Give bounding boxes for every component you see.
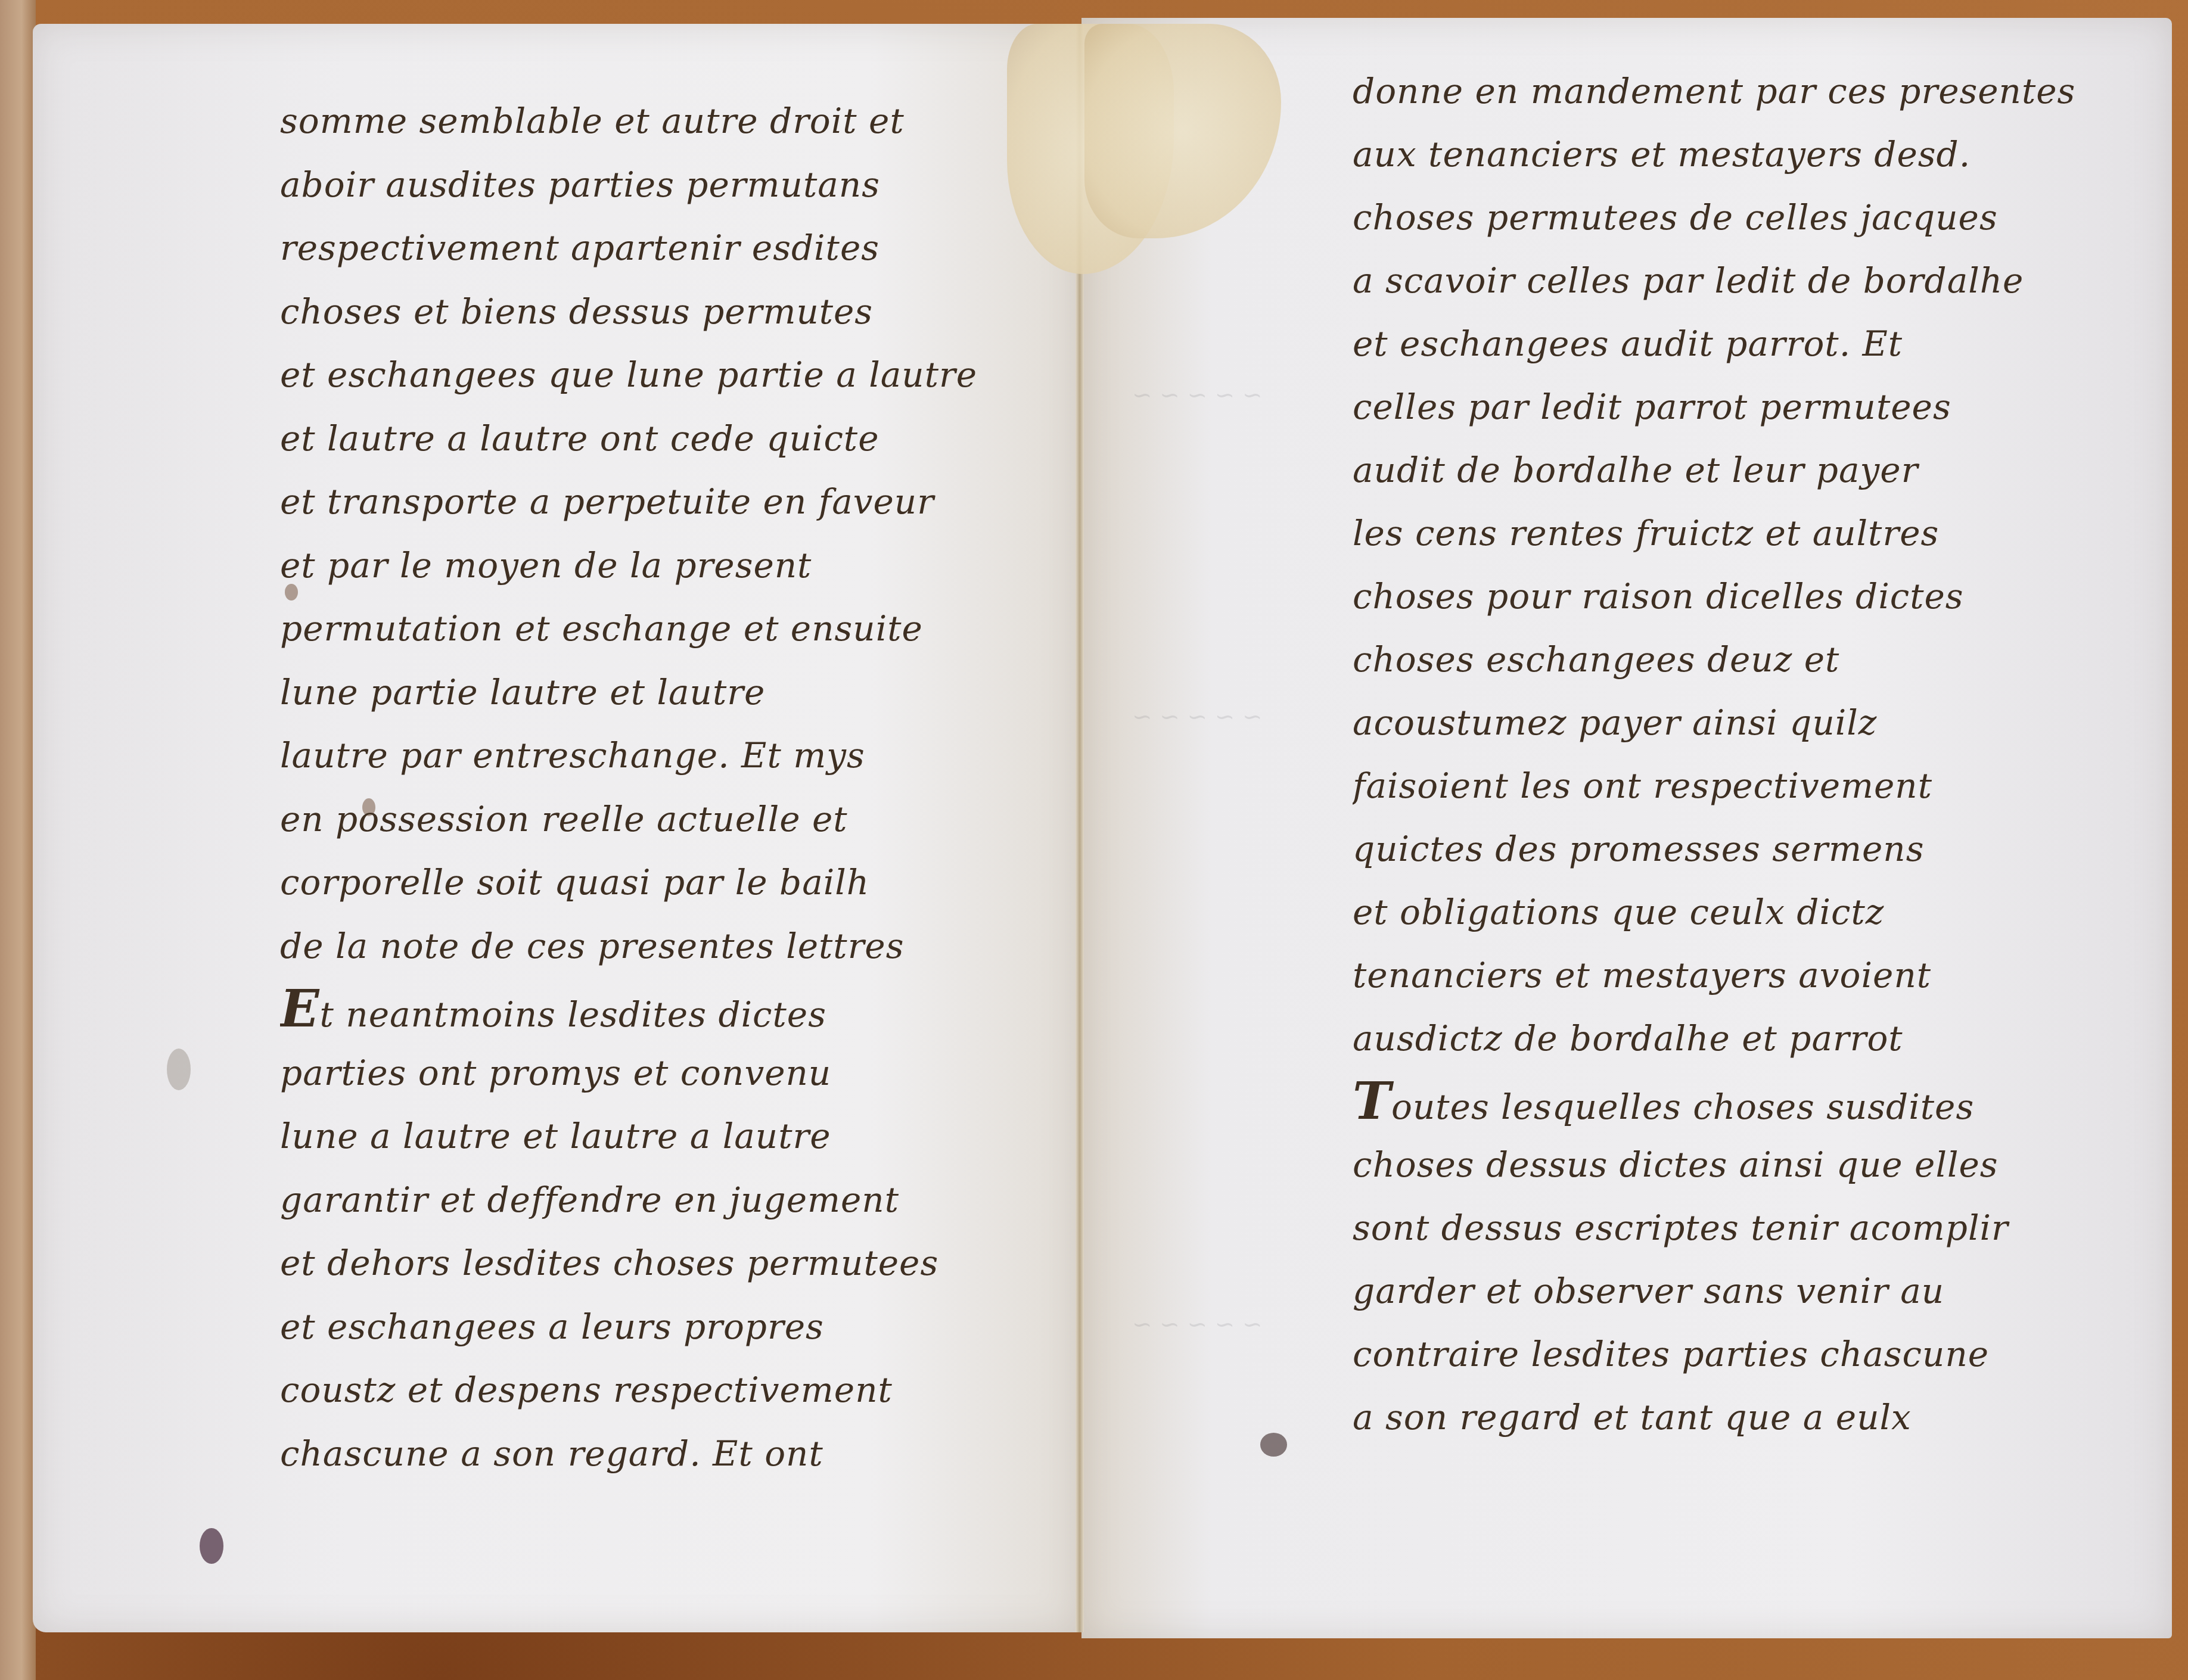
text-line: audit de bordalhe et leur payer [1353, 438, 2145, 502]
text-line: respectivement apartenir esdites [280, 216, 1025, 280]
text-line: celles par ledit parrot permutees [1353, 375, 2145, 438]
text-line: parties ont promys et convenu [280, 1041, 1025, 1105]
text-line: lautre par entreschange. Et mys [280, 724, 1025, 788]
text-line: chascune a son regard. Et ont [280, 1422, 1025, 1486]
text-line: choses eschangees deuz et [1353, 628, 2145, 691]
bleed-through-text: ~ ~ ~ ~ ~ [1132, 1311, 1262, 1338]
text-line: et dehors lesdites choses permutees [280, 1231, 1025, 1295]
text-line: choses pour raison dicelles dictes [1353, 565, 2145, 628]
text-line: Toutes lesquelles choses susdites [1353, 1070, 2145, 1133]
text-line: sont dessus escriptes tenir acomplir [1353, 1196, 2145, 1259]
text-line: corporelle soit quasi par le bailh [280, 851, 1025, 914]
text-line: Et neantmoins lesdites dictes [280, 978, 1025, 1041]
text-line: ausdictz de bordalhe et parrot [1353, 1007, 2145, 1070]
text-line: quictes des promesses sermens [1353, 817, 2145, 881]
text-line: somme semblable et autre droit et [280, 89, 1025, 153]
bleed-through-text: ~ ~ ~ ~ ~ [1132, 381, 1262, 409]
text-line: garder et observer sans venir au [1353, 1259, 2145, 1323]
text-line: et obligations que ceulx dictz [1353, 881, 2145, 944]
text-line: choses et biens dessus permutes [280, 280, 1025, 344]
text-line: permutation et eschange et ensuite [280, 597, 1025, 661]
text-line: tenanciers et mestayers avoient [1353, 944, 2145, 1007]
text-line: et par le moyen de la present [280, 534, 1025, 598]
ink-blot [200, 1528, 223, 1564]
text-line: choses dessus dictes ainsi que elles [1353, 1133, 2145, 1196]
ink-blot [1260, 1433, 1287, 1457]
text-line: lune partie lautre et lautre [280, 661, 1025, 724]
bleed-through-text: ~ ~ ~ ~ ~ [1132, 703, 1262, 730]
text-line: donne en mandement par ces presentes [1353, 60, 2145, 123]
text-line: et lautre a lautre ont cede quicte [280, 407, 1025, 471]
text-line: contraire lesdites parties chascune [1353, 1323, 2145, 1386]
text-line: de la note de ces presentes lettres [280, 914, 1025, 978]
text-line: aboir ausdites parties permutans [280, 153, 1025, 217]
left-page-text: somme semblable et autre droit et aboir … [280, 89, 1025, 1485]
text-line: et transporte a perpetuite en faveur [280, 470, 1025, 534]
ink-blot [167, 1049, 191, 1090]
table-surface-edge [0, 0, 36, 1680]
text-line: a son regard et tant que a eulx [1353, 1386, 2145, 1449]
text-line: et eschangees audit parrot. Et [1353, 312, 2145, 375]
text-line: en possession reelle actuelle et [280, 788, 1025, 851]
text-line: faisoient les ont respectivement [1353, 754, 2145, 817]
text-line: a scavoir celles par ledit de bordalhe [1353, 249, 2145, 312]
text-line: coustz et despens respectivement [280, 1358, 1025, 1422]
text-line: et eschangees a leurs propres [280, 1295, 1025, 1359]
text-line: lune a lautre et lautre a lautre [280, 1105, 1025, 1168]
text-line: aux tenanciers et mestayers desd. [1353, 123, 2145, 186]
right-page-text: donne en mandement par ces presentes aux… [1353, 60, 2145, 1449]
text-line: garantir et deffendre en jugement [280, 1168, 1025, 1232]
text-line: acoustumez payer ainsi quilz [1353, 691, 2145, 754]
text-line: choses permutees de celles jacques [1353, 186, 2145, 249]
text-line: les cens rentes fruictz et aultres [1353, 502, 2145, 565]
text-line: et eschangees que lune partie a lautre [280, 343, 1025, 407]
